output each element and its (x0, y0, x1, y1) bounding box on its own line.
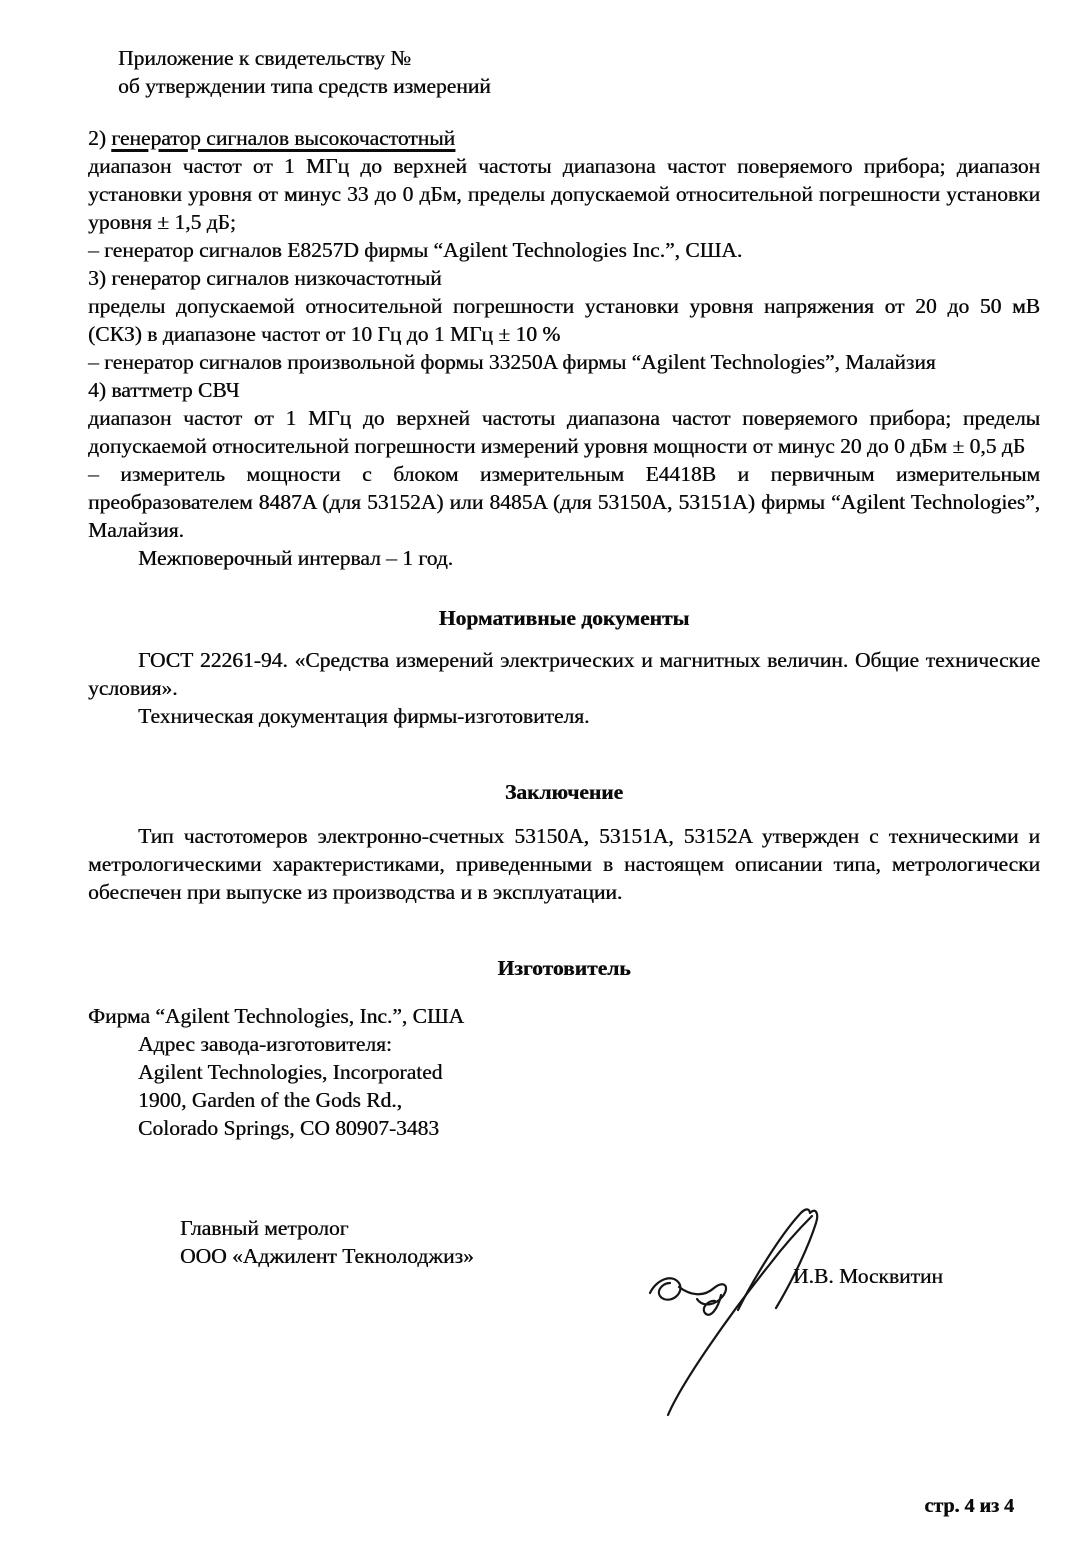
item4-specs: диапазон частот от 1 МГц до верхней част… (88, 404, 1040, 460)
header-line-1: Приложение к свидетельству № (118, 44, 1040, 72)
item4-device: – измеритель мощности с блоком измерител… (88, 460, 1040, 544)
normative-paragraph-2: Техническая документация фирмы-изготовит… (88, 702, 1040, 730)
conclusion-paragraph: Тип частотомеров электронно-счетных 5315… (88, 822, 1040, 906)
item2-title: 2) генератор сигналов высокочастотный (88, 124, 1040, 152)
item2-number: 2) (88, 126, 111, 150)
page-number-label: стр. 4 из 4 (924, 1492, 1014, 1520)
handwritten-signature (612, 1192, 837, 1427)
item3-device: – генератор сигналов произвольной формы … (88, 348, 1040, 376)
item3-number: 3) (88, 266, 111, 290)
document-content: Приложение к свидетельству № об утвержде… (88, 44, 1040, 1270)
item3-title: 3) генератор сигналов низкочастотный (88, 264, 1040, 292)
item2-device: – генератор сигналов E8257D фирмы “Agile… (88, 236, 1040, 264)
item3-specs: пределы допускаемой относительной погреш… (88, 292, 1040, 348)
manufacturer-address-line-1: Agilent Technologies, Incorporated (138, 1058, 1040, 1086)
manufacturer-address-line-2: 1900, Garden of the Gods Rd., (138, 1086, 1040, 1114)
manufacturer-address-label: Адрес завода-изготовителя: (138, 1030, 1040, 1058)
calibration-interval: Межповерочный интервал – 1 год. (88, 544, 1040, 572)
item4-title: 4) ваттметр СВЧ (88, 376, 1040, 404)
item3-title-text: генератор сигналов низкочастотный (111, 266, 441, 290)
item4-title-text: ваттметр СВЧ (111, 378, 239, 402)
item2-title-text: генератор сигналов высокочастотный (111, 126, 455, 150)
document-header: Приложение к свидетельству № об утвержде… (118, 44, 1040, 100)
normative-heading: Нормативные документы (88, 604, 1040, 632)
conclusion-heading: Заключение (88, 778, 1040, 806)
manufacturer-heading: Изготовитель (88, 954, 1040, 982)
signatory-role-line-1: Главный метролог (180, 1214, 1040, 1242)
document-page: Приложение к свидетельству № об утвержде… (0, 0, 1092, 1560)
item4-number: 4) (88, 378, 111, 402)
manufacturer-address-line-3: Colorado Springs, CO 80907-3483 (138, 1114, 1040, 1142)
signatory-name: И.В. Москвитин (793, 1262, 943, 1290)
item2-specs: диапазон частот от 1 МГц до верхней част… (88, 152, 1040, 236)
header-line-2: об утверждении типа средств измерений (118, 72, 1040, 100)
manufacturer-firm: Фирма “Agilent Technologies, Inc.”, США (88, 1002, 1040, 1030)
normative-paragraph-1: ГОСТ 22261-94. «Средства измерений элект… (88, 646, 1040, 702)
